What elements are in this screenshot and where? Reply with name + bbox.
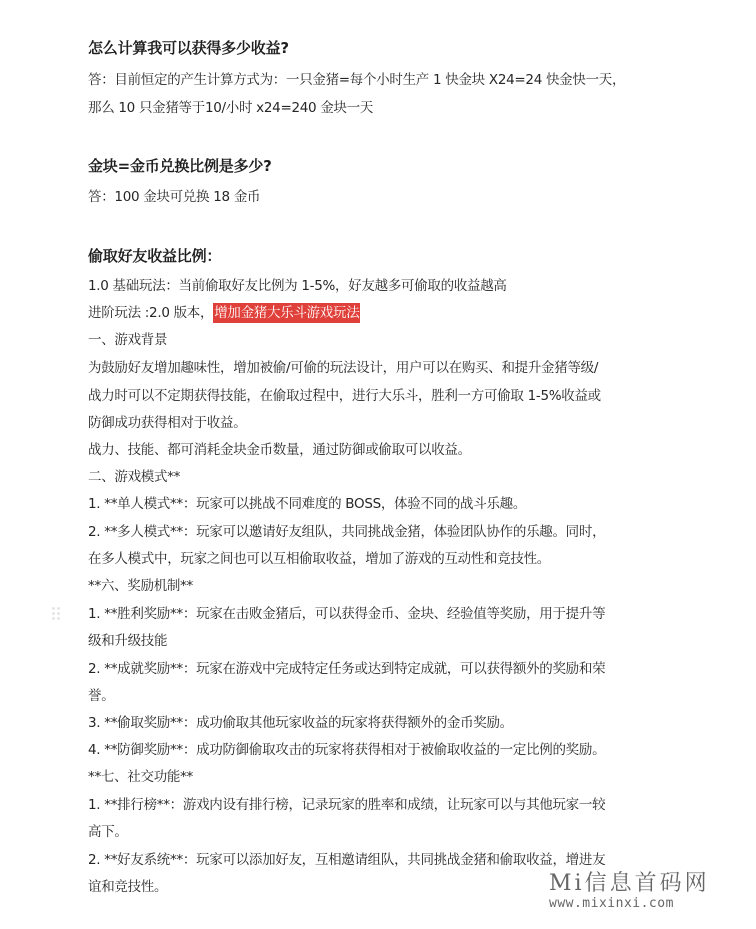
drag-dot [52,617,55,620]
drag-dot [52,607,55,610]
paragraph-line: 答：100 金块可兑换 18 金币 [88,187,260,207]
list-heading: **七、社交功能** [88,767,193,787]
heading-exchange-rate: 金块=金币兑换比例是多少? [88,155,272,176]
paragraph-line: 战力时可以不定期获得技能，在偷取过程中，进行大乐斗，胜利一方可偷取 1-5%收益… [88,386,601,406]
paragraph-line: 防御成功获得相对于收益。 [88,413,246,433]
list-item: 1. **排行榜**：游戏内设有排行榜，记录玩家的胜率和成绩，让玩家可以与其他玩… [88,795,605,815]
drag-dot [57,612,60,615]
list-item-continuation: 在多人模式中，玩家之间也可以互相偷取收益，增加了游戏的互动性和竞技性。 [88,549,550,569]
list-heading: 二、游戏模式** [88,467,180,487]
paragraph-line: 那么 10 只金猪等于10/小时 x24=240 金块一天 [88,98,373,118]
list-item-continuation: 谊和竞技性。 [88,877,167,897]
list-item: 1. **胜利奖励**：玩家在击败金猪后，可以获得金币、金块、经验值等奖励，用于… [88,604,605,624]
heading-steal-ratio: 偷取好友收益比例： [88,245,221,266]
list-heading: 一、游戏背景 [88,330,167,350]
list-item: 1. **单人模式**：玩家可以挑战不同难度的 BOSS，体验不同的战斗乐趣。 [88,494,526,514]
watermark-url: www.mixinxi.com [549,896,710,911]
drag-dot [57,607,60,610]
highlighted-text: 增加金猪大乐斗游戏玩法 [213,303,360,323]
list-item-continuation: 级和升级技能 [88,631,167,651]
list-item: 2. **好友系统**：玩家可以添加好友，互相邀请组队，共同挑战金猪和偷取收益，… [88,850,605,870]
list-item: 2. **多人模式**：玩家可以邀请好友组队，共同挑战金猪，体验团队协作的乐趣。… [88,522,605,542]
paragraph-line: 1.0 基础玩法：当前偷取好友比例为 1-5%，好友越多可偷取的收益越高 [88,276,507,296]
list-item: 2. **成就奖励**：玩家在游戏中完成特定任务或达到特定成就，可以获得额外的奖… [88,659,605,679]
list-item-continuation: 誉。 [88,686,114,706]
advanced-gameplay-line: 进阶玩法 :2.0 版本，增加金猪大乐斗游戏玩法 [88,303,360,323]
watermark: Mi信息首码网 www.mixinxi.com [549,872,710,911]
advanced-prefix: 进阶玩法 :2.0 版本， [88,305,213,321]
list-item: 3. **偷取奖励**：成功偷取其他玩家收益的玩家将获得额外的金币奖励。 [88,713,513,733]
list-item-continuation: 高下。 [88,822,128,842]
drag-handle-icon[interactable] [52,607,60,621]
drag-dot [52,612,55,615]
paragraph-line: 答：目前恒定的产生计算方式为：一只金猪=每个小时生产 1 快金块 X24=24 … [88,70,625,90]
list-heading: **六、奖励机制** [88,576,193,596]
paragraph-line: 为鼓励好友增加趣味性，增加被偷/可偷的玩法设计，用户可以在购买、和提升金猪等级/ [88,358,598,378]
drag-dot [57,617,60,620]
paragraph-line: 战力、技能、都可消耗金块金币数量，通过防御或偷取可以收益。 [88,440,471,460]
watermark-title: Mi信息首码网 [549,872,710,896]
list-item: 4. **防御奖励**：成功防御偷取攻击的玩家将获得相对于被偷取收益的一定比例的… [88,740,605,760]
heading-income-calc: 怎么计算我可以获得多少收益? [88,37,289,58]
